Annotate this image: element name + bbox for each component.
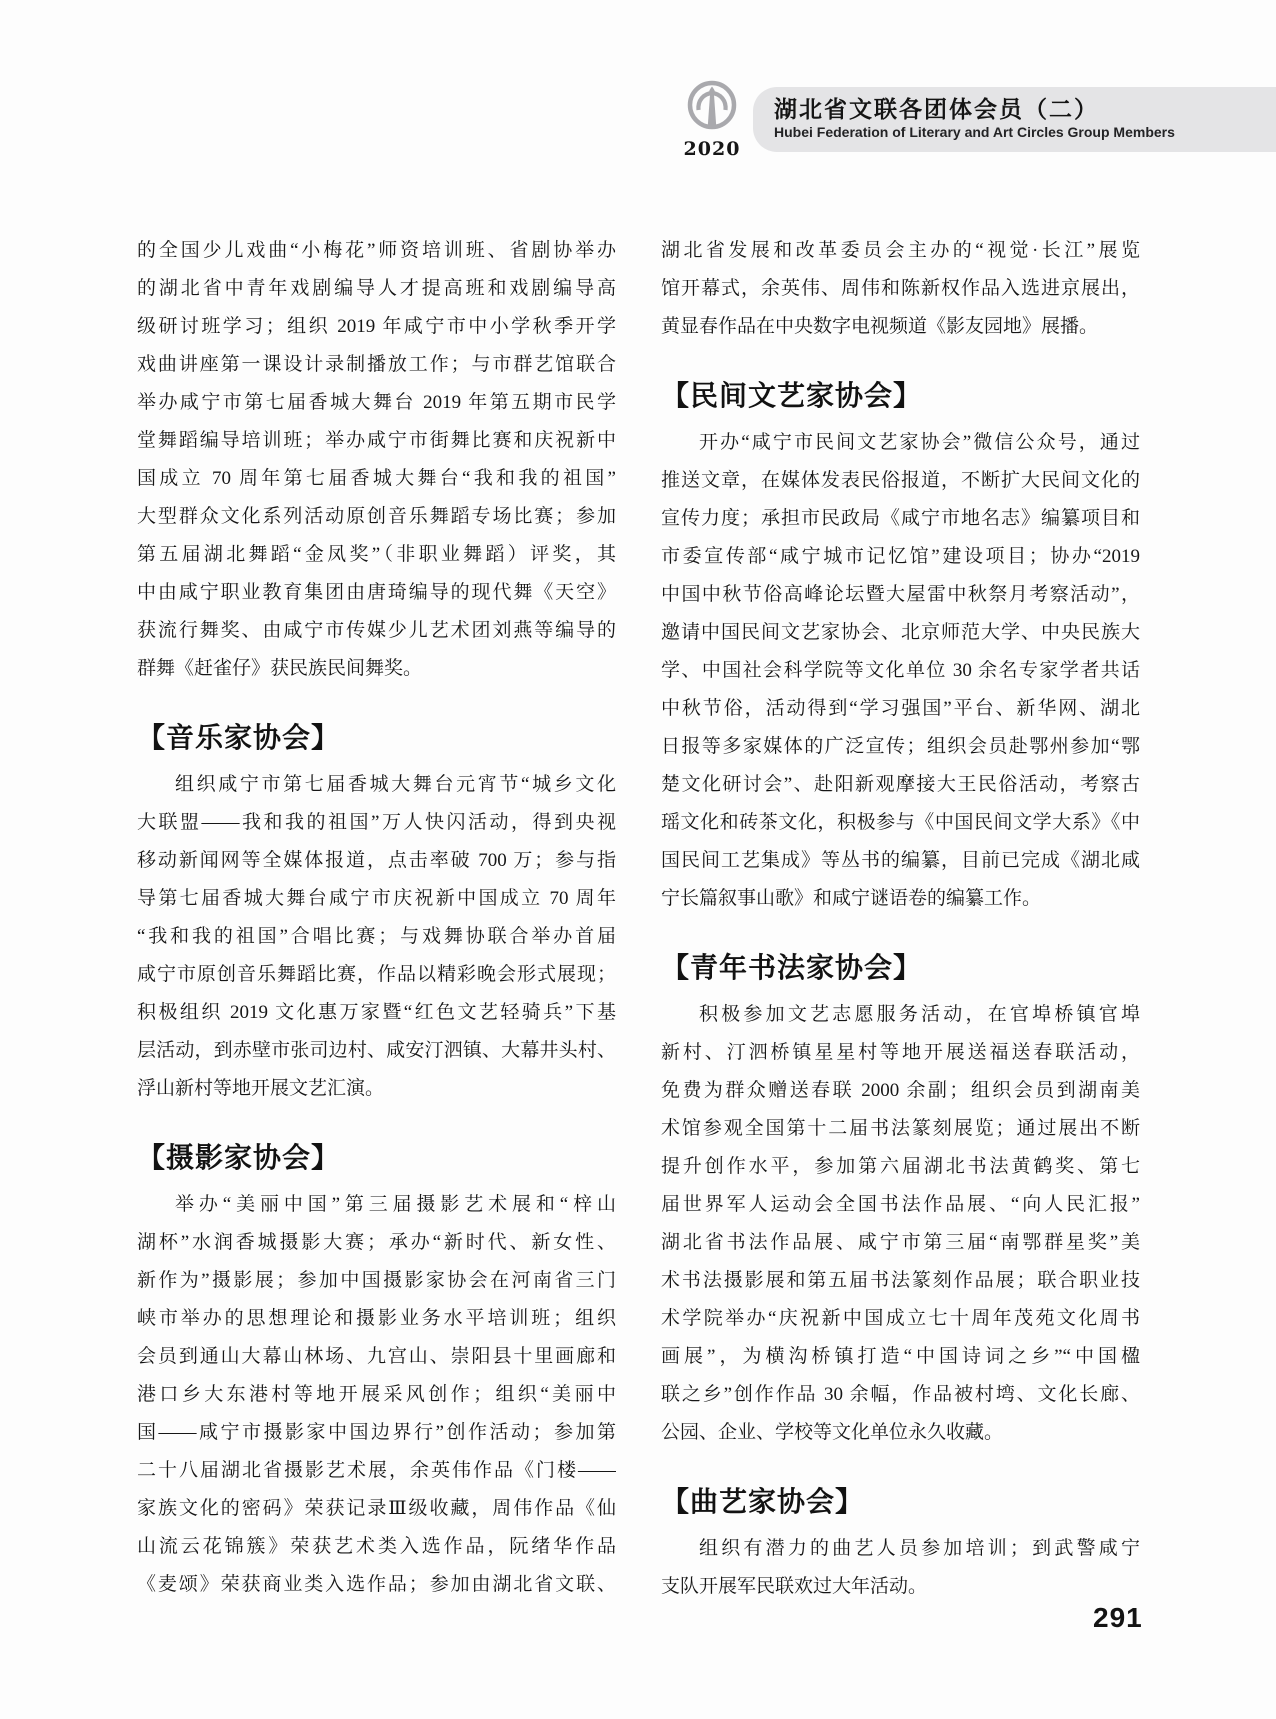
- text-line: 湖杯”水润香城摄影大赛；承办“新时代、新女性、: [137, 1224, 616, 1262]
- text-line: 市委宣传部“咸宁城市记忆馆”建设项目；协办“2019: [661, 538, 1140, 576]
- text-line: 免费为群众赠送春联 2000 余副；组织会员到湖南美: [661, 1072, 1140, 1110]
- header-subtitle: Hubei Federation of Literary and Art Cir…: [774, 124, 1276, 140]
- paragraph: 组织有潜力的曲艺人员参加培训；到武警咸宁支队开展军民联欢过大年活动。: [661, 1530, 1140, 1606]
- text-line: 新作为”摄影展；参加中国摄影家协会在河南省三门: [137, 1262, 616, 1300]
- text-line: 组织咸宁市第七届香城大舞台元宵节“城乡文化: [137, 766, 616, 804]
- section-heading-quyi-artists-association: 【曲艺家协会】: [661, 1484, 1140, 1520]
- text-line: 浮山新村等地开展文艺汇演。: [137, 1070, 616, 1108]
- text-line: 导第七届香城大舞台咸宁市庆祝新中国成立 70 周年: [137, 880, 616, 918]
- text-line: 的全国少儿戏曲“小梅花”师资培训班、省剧协举办: [137, 232, 616, 270]
- paragraph: 积极参加文艺志愿服务活动，在官埠桥镇官埠新村、汀泗桥镇星星村等地开展送福送春联活…: [661, 996, 1140, 1452]
- text-line: 中国中秋节俗高峰论坛暨大屋雷中秋祭月考察活动”，: [661, 576, 1140, 614]
- text-line: 支队开展军民联欢过大年活动。: [661, 1568, 1140, 1606]
- text-line: 获流行舞奖、由咸宁市传媒少儿艺术团刘燕等编导的: [137, 612, 616, 650]
- text-line: 举办咸宁市第七届香城大舞台 2019 年第五期市民学: [137, 384, 616, 422]
- paragraph: 举办“美丽中国”第三届摄影艺术展和“梓山湖杯”水润香城摄影大赛；承办“新时代、新…: [137, 1186, 616, 1604]
- text-line: 届世界军人运动会全国书法作品展、“向人民汇报”: [661, 1186, 1140, 1224]
- text-line: 国——咸宁市摄影家中国边界行”创作活动；参加第: [137, 1414, 616, 1452]
- text-line: 移动新闻网等全媒体报道，点击率破 700 万；参与指: [137, 842, 616, 880]
- right-column: 湖北省发展和改革委员会主办的“视觉·长江”展览馆开幕式，余英伟、周伟和陈新权作品…: [661, 232, 1140, 1606]
- text-line: 大联盟——我和我的祖国”万人快闪活动，得到央视: [137, 804, 616, 842]
- text-line: 中秋节俗，活动得到“学习强国”平台、新华网、湖北: [661, 690, 1140, 728]
- text-line: 提升创作水平，参加第六届湖北书法黄鹤奖、第七: [661, 1148, 1140, 1186]
- text-line: 湖北省发展和改革委员会主办的“视觉·长江”展览: [661, 232, 1140, 270]
- text-line: 积极组织 2019 文化惠万家暨“红色文艺轻骑兵”下基: [137, 994, 616, 1032]
- text-line: 术馆参观全国第十二届书法篆刻展览；通过展出不断: [661, 1110, 1140, 1148]
- text-line: 宁长篇叙事山歌》和咸宁谜语卷的编纂工作。: [661, 880, 1140, 918]
- paragraph-continuation: 的全国少儿戏曲“小梅花”师资培训班、省剧协举办的湖北省中青年戏剧编导人才提高班和…: [137, 232, 616, 688]
- text-line: 楚文化研讨会”、赴阳新观摩接大王民俗活动，考察古: [661, 766, 1140, 804]
- text-line: 开办“咸宁市民间文艺家协会”微信公众号，通过: [661, 424, 1140, 462]
- paragraph: 开办“咸宁市民间文艺家协会”微信公众号，通过推送文章，在媒体发表民俗报道，不断扩…: [661, 424, 1140, 918]
- text-line: 层活动，到赤壁市张司边村、咸安汀泗镇、大幕井头村、: [137, 1032, 616, 1070]
- section-heading-musicians-association: 【音乐家协会】: [137, 720, 616, 756]
- text-line: 宣传力度；承担市民政局《咸宁市地名志》编纂项目和: [661, 500, 1140, 538]
- section-heading-photographers-association: 【摄影家协会】: [137, 1140, 616, 1176]
- logo-year-label: 2020: [683, 138, 741, 160]
- text-line: 港口乡大东港村等地开展采风创作；组织“美丽中: [137, 1376, 616, 1414]
- text-line: 馆开幕式，余英伟、周伟和陈新权作品入选进京展出，: [661, 270, 1140, 308]
- left-column: 的全国少儿戏曲“小梅花”师资培训班、省剧协举办的湖北省中青年戏剧编导人才提高班和…: [137, 232, 616, 1604]
- text-line: 公园、企业、学校等文化单位永久收藏。: [661, 1414, 1140, 1452]
- text-line: 组织有潜力的曲艺人员参加培训；到武警咸宁: [661, 1530, 1140, 1568]
- text-line: 第五届湖北舞蹈“金凤奖”（非职业舞蹈）评奖，其: [137, 536, 616, 574]
- text-line: 新村、汀泗桥镇星星村等地开展送福送春联活动，: [661, 1034, 1140, 1072]
- header-title: 湖北省文联各团体会员（二）: [774, 96, 1276, 123]
- text-line: 戏曲讲座第一课设计录制播放工作；与市群艺馆联合: [137, 346, 616, 384]
- text-line: 举办“美丽中国”第三届摄影艺术展和“梓山: [137, 1186, 616, 1224]
- text-line: 级研讨班学习；组织 2019 年咸宁市中小学秋季开学: [137, 308, 616, 346]
- text-line: 国民间工艺集成》等丛书的编纂，目前已完成《湖北咸: [661, 842, 1140, 880]
- section-heading-folk-artists-association: 【民间文艺家协会】: [661, 378, 1140, 414]
- text-line: 中由咸宁职业教育集团由唐琦编导的现代舞《天空》: [137, 574, 616, 612]
- text-line: 《麦颂》荣获商业类入选作品；参加由湖北省文联、: [137, 1566, 616, 1604]
- text-line: 大型群众文化系列活动原创音乐舞蹈专场比赛；参加: [137, 498, 616, 536]
- text-line: 峡市举办的思想理论和摄影业务水平培训班；组织: [137, 1300, 616, 1338]
- text-line: 瑶文化和砖茶文化，积极参与《中国民间文学大系》《中: [661, 804, 1140, 842]
- document-page: 2020 湖北省文联各团体会员（二） Hubei Federation of L…: [0, 0, 1276, 1719]
- text-line: 湖北省书法作品展、咸宁市第三届“南鄂群星奖”美: [661, 1224, 1140, 1262]
- text-line: 术书法摄影展和第五届书法篆刻作品展；联合职业技: [661, 1262, 1140, 1300]
- text-line: 联之乡”创作作品 30 余幅，作品被村塆、文化长廊、: [661, 1376, 1140, 1414]
- paragraph-continuation: 湖北省发展和改革委员会主办的“视觉·长江”展览馆开幕式，余英伟、周伟和陈新权作品…: [661, 232, 1140, 346]
- paragraph: 组织咸宁市第七届香城大舞台元宵节“城乡文化大联盟——我和我的祖国”万人快闪活动，…: [137, 766, 616, 1108]
- federation-logo: 2020: [683, 79, 741, 160]
- federation-emblem-icon: [686, 79, 738, 132]
- text-line: “我和我的祖国”合唱比赛；与戏舞协联合举办首届: [137, 918, 616, 956]
- text-line: 的湖北省中青年戏剧编导人才提高班和戏剧编导高: [137, 270, 616, 308]
- text-line: 黄显春作品在中央数字电视频道《影友园地》展播。: [661, 308, 1140, 346]
- text-line: 日报等多家媒体的广泛宣传；组织会员赴鄂州参加“鄂: [661, 728, 1140, 766]
- text-line: 国成立 70 周年第七届香城大舞台“我和我的祖国”: [137, 460, 616, 498]
- text-line: 画展”，为横沟桥镇打造“中国诗词之乡”“中国楹: [661, 1338, 1140, 1376]
- text-line: 咸宁市原创音乐舞蹈比赛，作品以精彩晚会形式展现；: [137, 956, 616, 994]
- text-line: 学、中国社会科学院等文化单位 30 余名专家学者共话: [661, 652, 1140, 690]
- text-line: 堂舞蹈编导培训班；举办咸宁市街舞比赛和庆祝新中: [137, 422, 616, 460]
- text-line: 邀请中国民间文艺家协会、北京师范大学、中央民族大: [661, 614, 1140, 652]
- text-line: 群舞《赶雀仔》获民族民间舞奖。: [137, 650, 616, 688]
- header-title-bar: 湖北省文联各团体会员（二） Hubei Federation of Litera…: [753, 87, 1276, 152]
- text-line: 二十八届湖北省摄影艺术展，余英伟作品《门楼——: [137, 1452, 616, 1490]
- text-line: 山流云花锦簇》荣获艺术类入选作品，阮绪华作品: [137, 1528, 616, 1566]
- page-number: 291: [1093, 1602, 1143, 1634]
- text-line: 术学院举办“庆祝新中国成立七十周年茂苑文化周书: [661, 1300, 1140, 1338]
- text-line: 家族文化的密码》荣获记录Ⅲ级收藏，周伟作品《仙: [137, 1490, 616, 1528]
- section-heading-young-calligraphers-association: 【青年书法家协会】: [661, 950, 1140, 986]
- text-line: 推送文章，在媒体发表民俗报道，不断扩大民间文化的: [661, 462, 1140, 500]
- text-line: 会员到通山大幕山林场、九宫山、崇阳县十里画廊和: [137, 1338, 616, 1376]
- text-line: 积极参加文艺志愿服务活动，在官埠桥镇官埠: [661, 996, 1140, 1034]
